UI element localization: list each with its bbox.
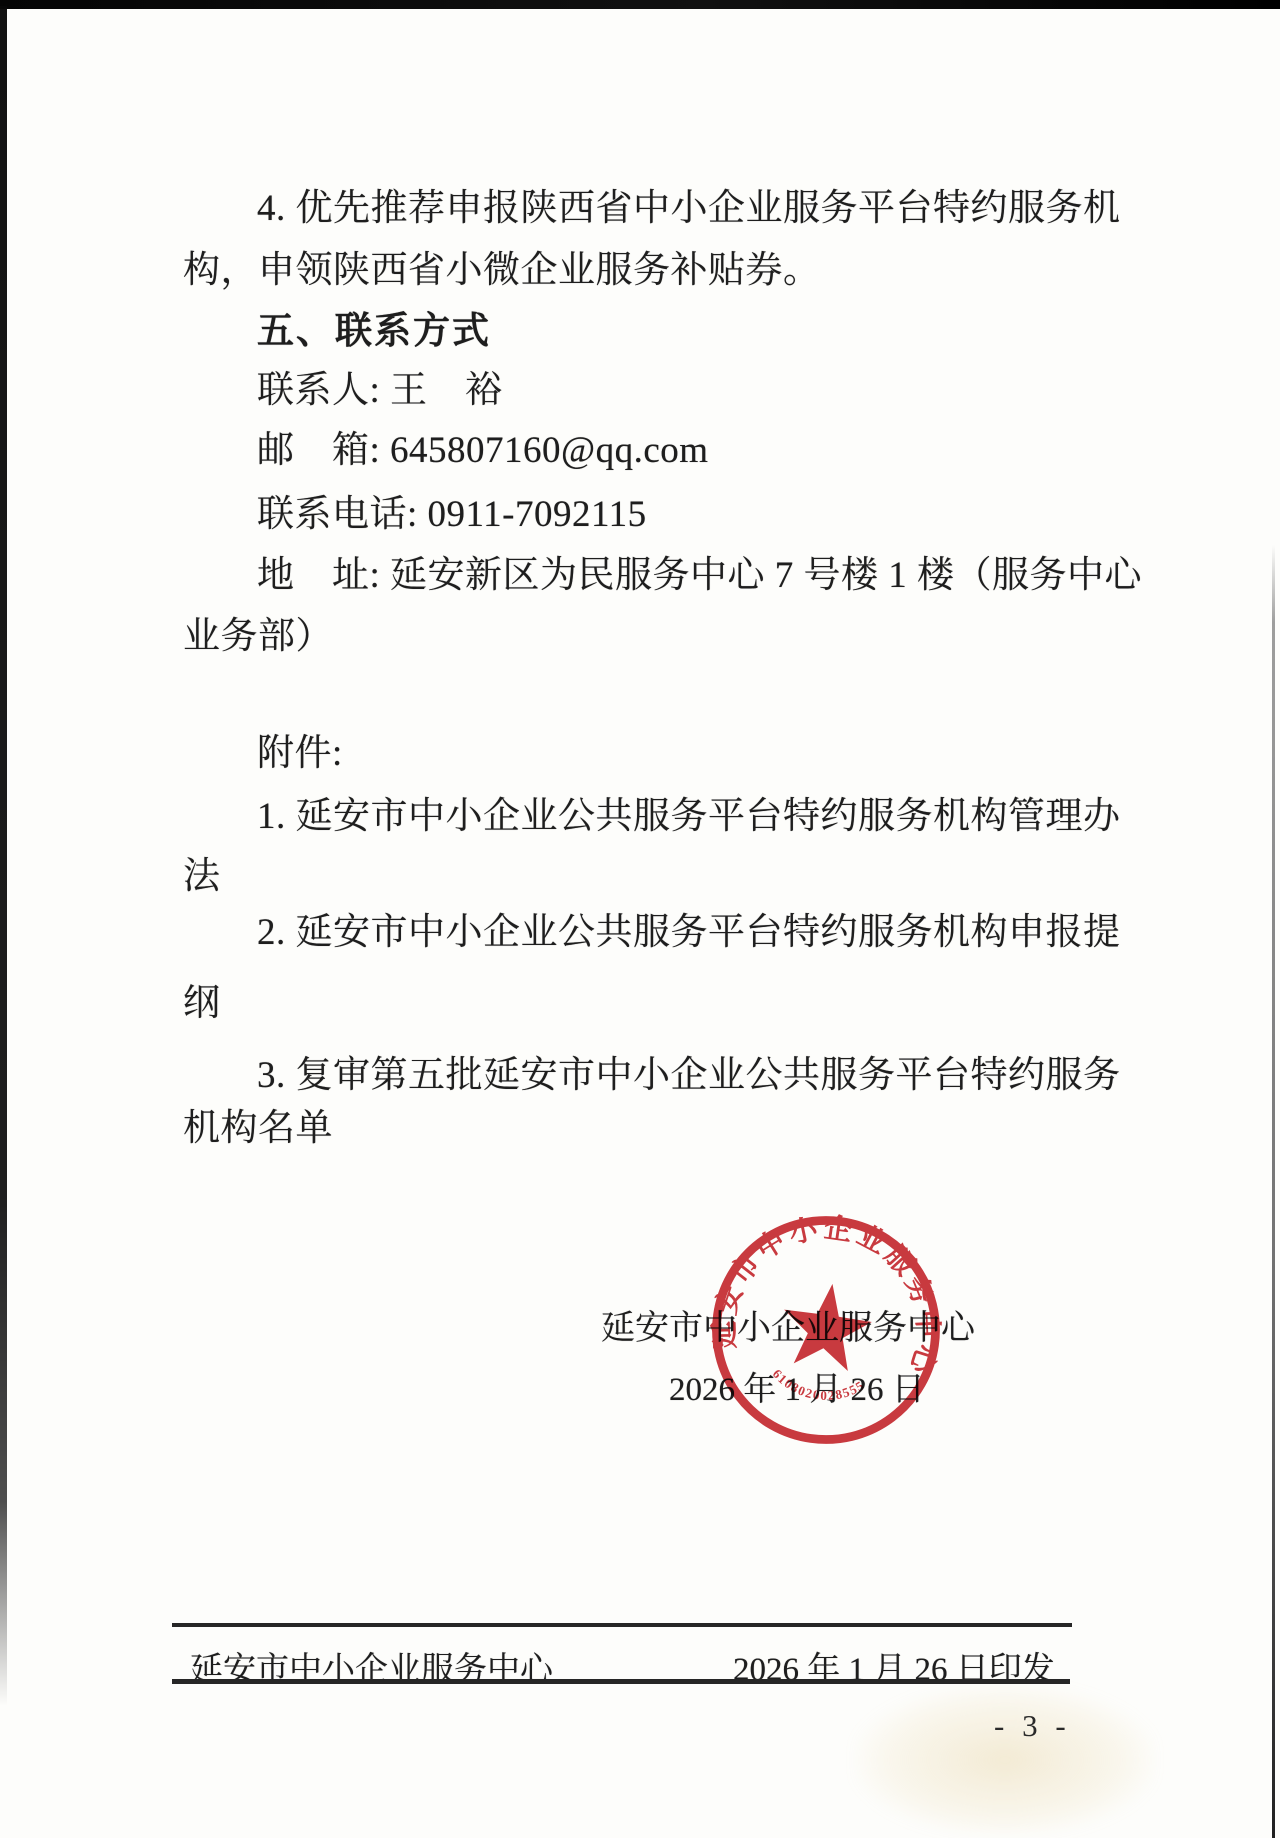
seal-code-text: 6108020028555: [767, 1365, 869, 1409]
para4-line1: 4. 优先推荐申报陕西省中小企业服务平台特约服务机: [257, 188, 1121, 230]
attachment1-line2: 法: [183, 856, 221, 898]
attachment1-line1: 1. 延安市中小企业公共服务平台特约服务机构管理办: [257, 796, 1121, 838]
contact-person-line: 联系人: 王 裕: [257, 370, 503, 412]
footer-rule-top: [172, 1623, 1072, 1627]
contact-address-line1: 地 址: 延安新区为民服务中心 7 号楼 1 楼（服务中心: [257, 555, 1142, 597]
para4-line2: 构，申领陕西省小微企业服务补贴券。: [183, 250, 821, 292]
attachment3-line2: 机构名单: [183, 1108, 333, 1150]
contact-phone-line: 联系电话: 0911-7092115: [257, 494, 647, 536]
page-number: - 3 -: [994, 1708, 1071, 1744]
scanned-document-page: 4. 优先推荐申报陕西省中小企业服务平台特约服务机 构，申领陕西省小微企业服务补…: [0, 0, 1280, 1838]
scan-edge-right: [1272, 545, 1275, 1838]
official-seal: 延安市中小企业服务中心 6108020028555: [684, 1188, 969, 1473]
attachment3-line1: 3. 复审第五批延安市中小企业公共服务平台特约服务: [257, 1055, 1121, 1097]
footer-rule-bottom: [172, 1679, 1070, 1684]
contact-address-line2: 业务部）: [183, 616, 333, 658]
seal-star-icon: [777, 1278, 876, 1374]
svg-text:6108020028555: 6108020028555: [767, 1365, 869, 1409]
attachment2-line2: 纲: [183, 983, 221, 1025]
section5-heading: 五、联系方式: [257, 310, 491, 352]
attachments-label: 附件:: [257, 733, 343, 775]
scan-edge-top: [0, 0, 1280, 9]
attachment2-line1: 2. 延安市中小企业公共服务平台特约服务机构申报提: [257, 912, 1121, 954]
scan-edge-left: [0, 6, 7, 1706]
contact-email-line: 邮 箱: 645807160@qq.com: [257, 430, 709, 472]
